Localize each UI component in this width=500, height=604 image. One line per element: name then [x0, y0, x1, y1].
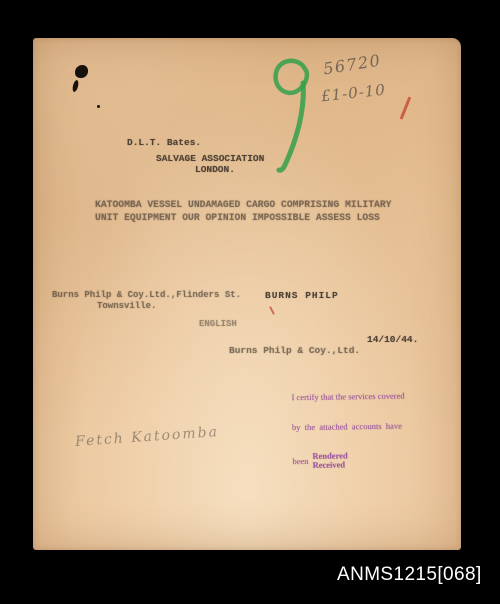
sender-address: Burns Philp & Coy.Ltd.,Flinders St.: [52, 290, 241, 300]
pencil-amount: £1-0-10: [320, 81, 386, 106]
stamp-line-1: I certify that the services covered: [291, 390, 459, 402]
scanned-document-photo: 56720 £1-0-10 D.L.T. Bates. SALVAGE ASSO…: [0, 0, 500, 604]
message-line-1: KATOOMBA VESSEL UNDAMAGED CARGO COMPRISI…: [95, 199, 392, 210]
addressee-city: LONDON.: [195, 164, 235, 175]
certification-stamp: I certify that the services covered by t…: [291, 370, 461, 490]
message-line-2: UNIT EQUIPMENT OUR OPINION IMPOSSIBLE AS…: [95, 212, 380, 223]
green-handwritten-number: [265, 51, 321, 177]
telegram-service-line: D.L.T. Bates.: [127, 137, 201, 148]
telegram-paper: 56720 £1-0-10 D.L.T. Bates. SALVAGE ASSO…: [33, 38, 461, 550]
red-tick-mark: [269, 306, 275, 315]
ink-blot-large: [75, 65, 88, 78]
red-slash-mark: [400, 96, 411, 119]
stamp-prefix: been: [292, 456, 308, 466]
ink-blot-small: [72, 80, 80, 93]
sender-city: Townsville.: [97, 301, 156, 311]
language-line: ENGLISH: [199, 319, 237, 329]
addressee-name: SALVAGE ASSOCIATION: [156, 153, 264, 164]
date-line: 14/10/44.: [367, 334, 418, 345]
stamp-option-received: Received: [312, 460, 347, 469]
signature-line: Burns Philp & Coy.,Ltd.: [229, 345, 360, 356]
ink-speck: [97, 105, 100, 108]
archival-reference-label: ANMS1215[068]: [337, 564, 482, 586]
pencil-note: Fetch Katoomba: [75, 424, 220, 450]
stamp-line-2: by the attached accounts have: [292, 420, 460, 432]
sender-name-stamp: BURNS PHILP: [265, 290, 339, 301]
pencil-number: 56720: [322, 51, 383, 79]
